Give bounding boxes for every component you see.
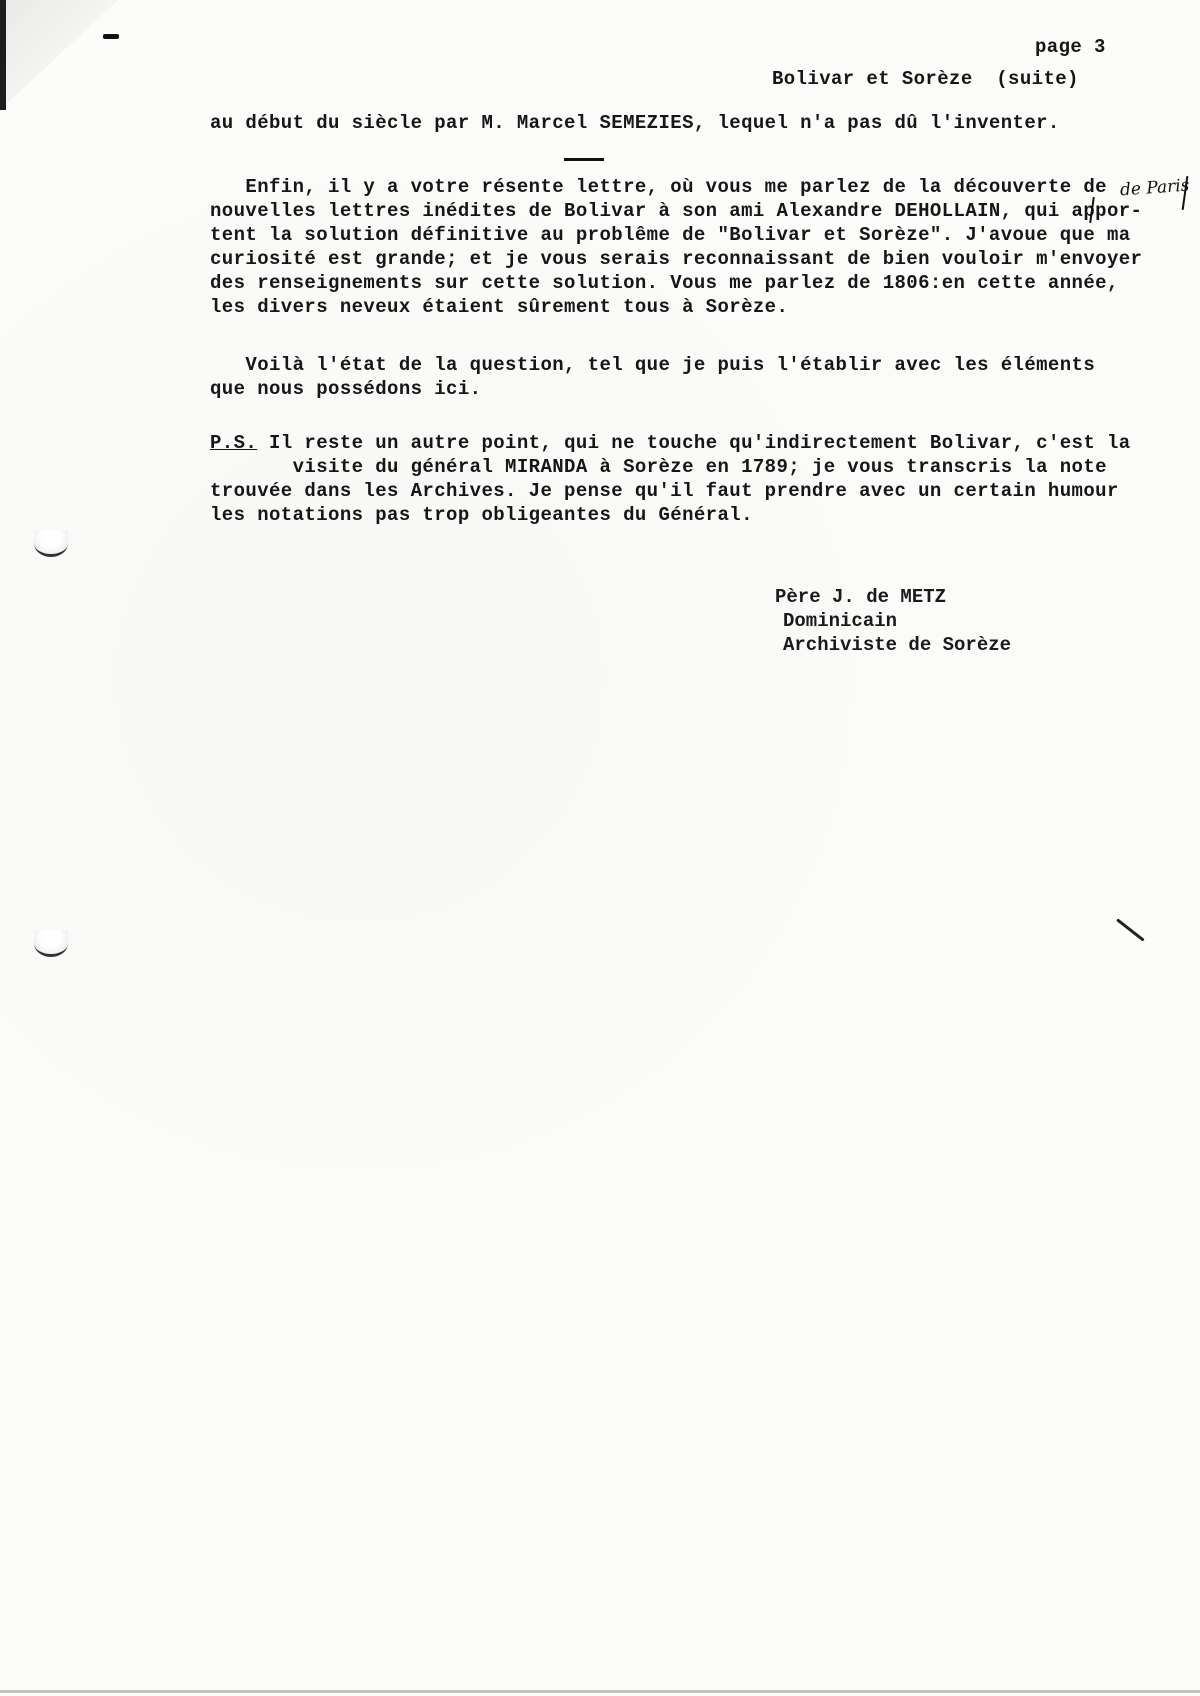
ps-label: P.S.	[210, 432, 257, 454]
handwritten-annotation: de Paris	[1119, 176, 1190, 201]
stray-pen-mark	[1116, 918, 1145, 941]
body-line: des renseignements sur cette solution. V…	[210, 271, 1119, 295]
postscript-line: visite du général MIRANDA à Sorèze en 17…	[210, 455, 1107, 479]
section-divider	[564, 158, 604, 161]
signature-name: Père J. de METZ	[775, 585, 946, 609]
body-line: Voilà l'état de la question, tel que je …	[210, 353, 1095, 377]
body-line: Enfin, il y a votre résente lettre, où v…	[210, 175, 1107, 199]
body-line: au début du siècle par M. Marcel SEMEZIE…	[210, 111, 1060, 135]
postscript-line: trouvée dans les Archives. Je pense qu'i…	[210, 479, 1119, 503]
body-line: nouvelles lettres inédites de Bolivar à …	[210, 199, 1142, 223]
body-line: tent la solution définitive au problême …	[210, 223, 1131, 247]
body-line: que nous possédons ici.	[210, 377, 481, 401]
body-line: les divers neveux étaient sûrement tous …	[210, 295, 788, 319]
page-number: page 3	[1035, 35, 1106, 59]
signature-order: Dominicain	[783, 609, 897, 633]
body-line: curiosité est grande; et je vous serais …	[210, 247, 1142, 271]
page-edge-shadow	[0, 0, 6, 110]
punch-hole-top	[34, 530, 68, 557]
signature-role: Archiviste de Sorèze	[783, 633, 1011, 657]
document-title: Bolivar et Sorèze (suite)	[772, 67, 1079, 91]
postscript-line: P.S. Il reste un autre point, qui ne tou…	[210, 431, 1131, 455]
folded-corner	[0, 0, 118, 110]
ps-text: Il reste un autre point, qui ne touche q…	[257, 432, 1130, 454]
ink-dash-mark	[103, 34, 119, 39]
document-page: page 3 Bolivar et Sorèze (suite) au débu…	[0, 0, 1200, 1696]
punch-hole-bottom	[34, 930, 68, 957]
postscript-line: les notations pas trop obligeantes du Gé…	[210, 503, 753, 527]
page-bottom-edge	[0, 1690, 1200, 1693]
